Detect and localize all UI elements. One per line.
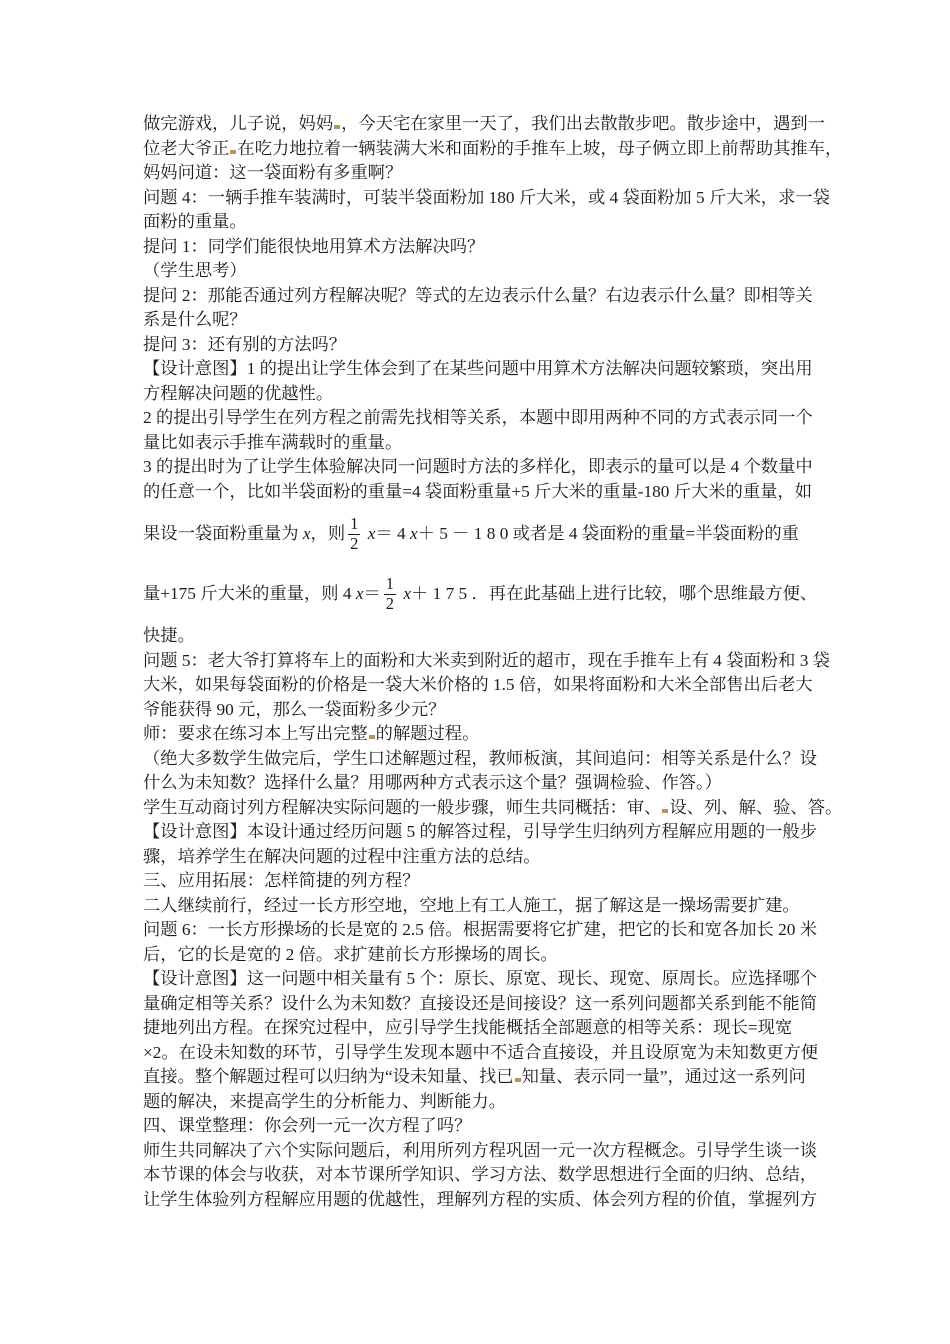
text-line: 直接。整个解题过程可以归纳为“设未知量、找已知量、表示同一量”，通过这一系列问 (143, 1065, 843, 1090)
text-line: 方程解决问题的优越性。 (143, 382, 843, 407)
text-line: 问题 4：一辆手推车装满时，可装半袋面粉加 180 斤大米，或 4 袋面粉加 5… (143, 186, 843, 211)
text-run: （学生思考） (143, 261, 247, 280)
text-run: 提问 1：同学们能很快地用算术方法解决吗？ (143, 237, 484, 256)
text-line: 【设计意图】1 的提出让学生体会到了在某些问题中用算术方法解决问题较繁琐，突出用 (143, 357, 843, 382)
text-line: 捷地列出方程。在探究过程中，应引导学生找能概括全部题意的相等关系：现长=现宽 (143, 1016, 843, 1041)
text-line: 提问 3：还有别的方法吗？ (143, 333, 843, 358)
text-run: 提问 3：还有别的方法吗？ (143, 335, 346, 354)
text-run: 设、列、解、验、答。 (669, 798, 842, 817)
math-variable: x (368, 522, 376, 547)
text-line: （学生思考） (143, 259, 843, 284)
text-run: 在吃力地拉着一辆装满大米和面粉的手推车上坡，母子俩立即上前帮助其推车， (237, 139, 842, 158)
text-run: 题的解决，来提高学生的分析能力、判断能力。 (143, 1092, 506, 1111)
highlight-speck (369, 735, 375, 739)
text-line: 妈妈问道：这一袋面粉有多重啊？ (143, 161, 843, 186)
math-variable: x (410, 522, 418, 547)
text-line: 【设计意图】这一问题中相关量有 5 个：原长、原宽、现长、现宽、原周长。应选择哪… (143, 967, 843, 992)
text-run: 学生互动商讨列方程解决实际问题的一般步骤，师生共同概括：审、 (143, 798, 661, 817)
text-line: 位老大爷正在吃力地拉着一辆装满大米和面粉的手推车上坡，母子俩立即上前帮助其推车， (143, 137, 843, 162)
text-run: ，今天宅在家里一天了，我们出去散散步吧。散步途中，遇到一 (341, 114, 825, 133)
text-run: ＝ (363, 582, 380, 607)
text-line: ×2。在设未知数的环节，引导学生发现本题中不适合直接设，并且设原宽为未知数更方便 (143, 1041, 843, 1066)
text-run: 本节课的体会与收获，对本节课所学知识、学习方法、数学思想进行全面的归纳、总结， (143, 1165, 817, 1184)
text-run: （绝大多数学生做完后，学生口述解题过程，教师板演，其间追问：相等关系是什么？设 (143, 749, 817, 768)
text-run: 2 的提出引导学生在列方程之前需先找相等关系，本题中即用两种不同的方式表示同一个 (143, 408, 813, 427)
text-run: 四、课堂整理：你会列一元一次方程了吗？ (143, 1116, 471, 1135)
text-run: 二人继续前行，经过一长方形空地，空地上有工人施工，据了解这是一操场需要扩建。 (143, 896, 800, 915)
text-run: 问题 5：老大爷打算将车上的面粉和大米卖到附近的超市，现在手推车上有 4 袋面粉… (143, 651, 830, 670)
text-line: （绝大多数学生做完后，学生口述解题过程，教师板演，其间追问：相等关系是什么？设 (143, 747, 843, 772)
text-line: 2 的提出引导学生在列方程之前需先找相等关系，本题中即用两种不同的方式表示同一个 (143, 406, 843, 431)
text-run: 让学生体验列方程解应用题的优越性，理解列方程的实质、体会列方程的价值，掌握列方 (143, 1190, 817, 1209)
text-run: 量+175 斤大米的重量，则 4 (143, 582, 356, 607)
text-line: 量比如表示手推车满载时的重量。 (143, 431, 843, 456)
text-line: 提问 2：那能否通过列方程解决呢？等式的左边表示什么量？右边表示什么量？即相等关 (143, 284, 843, 309)
text-line: 问题 6：一长方形操场的长是宽的 2.5 倍。根据需要将它扩建，把它的长和宽各加… (143, 918, 843, 943)
text-run: 做完游戏，儿子说，妈妈 (143, 114, 333, 133)
fraction: 12 (348, 515, 360, 552)
text-run: 方程解决问题的优越性。 (143, 384, 333, 403)
text-run: 3 的提出时为了让学生体验解决同一问题时方法的多样化，即表示的量可以是 4 个数… (143, 457, 813, 476)
text-line: 系是什么呢？ (143, 308, 843, 333)
text-line: 【设计意图】本设计通过经历问题 5 的解答过程，引导学生归纳列方程解应用题的一般… (143, 820, 843, 845)
text-line: 二人继续前行，经过一长方形空地，空地上有工人施工，据了解这是一操场需要扩建。 (143, 894, 843, 919)
fraction-denominator: 2 (348, 534, 360, 553)
fraction: 12 (384, 575, 396, 612)
text-line: 快捷。 (143, 624, 843, 649)
text-run: 师：要求在练习本上写出完整 (143, 724, 368, 743)
fraction-numerator: 1 (350, 515, 358, 533)
text-run: 问题 4：一辆手推车装满时，可装半袋面粉加 180 斤大米，或 4 袋面粉加 5… (143, 188, 830, 207)
text-run: 后，它的长是宽的 2 倍。求扩建前长方形操场的周长。 (143, 945, 558, 964)
text-line: 3 的提出时为了让学生体验解决同一问题时方法的多样化，即表示的量可以是 4 个数… (143, 455, 843, 480)
text-run: 大米，如果每袋面粉的价格是一袋大米价格的 1.5 倍，如果将面粉和大米全部售出后… (143, 675, 813, 694)
text-run: 的解题过程。 (376, 724, 480, 743)
text-run: ＝ 4 (375, 522, 410, 547)
text-line: 学生互动商讨列方程解决实际问题的一般步骤，师生共同概括：审、设、列、解、验、答。 (143, 796, 843, 821)
highlight-speck (515, 1078, 521, 1082)
text-line: 让学生体验列方程解应用题的优越性，理解列方程的实质、体会列方程的价值，掌握列方 (143, 1188, 843, 1213)
text-run: 系是什么呢？ (143, 310, 247, 329)
text-run: 面粉的重量。 (143, 212, 247, 231)
text-run: 的任意一个，比如半袋面粉的重量=4 袋面粉重量+5 斤大米的重量-180 斤大米… (143, 482, 812, 501)
text-run: 妈妈问道：这一袋面粉有多重啊？ (143, 163, 402, 182)
text-line: 四、课堂整理：你会列一元一次方程了吗？ (143, 1114, 843, 1139)
text-run: 快捷。 (143, 626, 195, 645)
text-run: 师生共同解决了六个实际问题后，利用所列方程巩固一元一次方程概念。引导学生谈一谈 (143, 1141, 817, 1160)
text-run: 捷地列出方程。在探究过程中，应引导学生找能概括全部题意的相等关系：现长=现宽 (143, 1018, 792, 1037)
text-line: 量+175 斤大米的重量，则 4 x＝12 x＋ 1 7 5 ．再在此基础上进行… (143, 564, 843, 624)
text-line: 三、应用拓展：怎样简捷的列方程？ (143, 869, 843, 894)
text-run: 【设计意图】本设计通过经历问题 5 的解答过程，引导学生归纳列方程解应用题的一般… (143, 822, 817, 841)
text-run: 【设计意图】这一问题中相关量有 5 个：原长、原宽、现长、现宽、原周长。应选择哪… (143, 969, 817, 988)
text-line: 提问 1：同学们能很快地用算术方法解决吗？ (143, 235, 843, 260)
text-line: 题的解决，来提高学生的分析能力、判断能力。 (143, 1090, 843, 1115)
text-line: 果设一袋面粉重量为 x，则12 x＝ 4 x＋ 5 － 1 8 0 或者是 4 … (143, 504, 843, 564)
text-run: 量确定相等关系？设什么为未知数？直接设还是间接设？这一系列问题都关系到能不能简 (143, 994, 817, 1013)
text-line: 面粉的重量。 (143, 210, 843, 235)
text-line: 量确定相等关系？设什么为未知数？直接设还是间接设？这一系列问题都关系到能不能简 (143, 992, 843, 1017)
text-run: 位老大爷正 (143, 139, 229, 158)
math-variable: x (303, 522, 311, 547)
text-line: 爷能获得 90 元，那么一袋面粉多少元？ (143, 698, 843, 723)
text-line: 什么为未知数？选择什么量？用哪两种方式表示这个量？强调检验、作答。） (143, 771, 843, 796)
text-line: 骤，培养学生在解决问题的过程中注重方法的总结。 (143, 845, 843, 870)
highlight-speck (334, 125, 340, 129)
text-run: 提问 2：那能否通过列方程解决呢？等式的左边表示什么量？右边表示什么量？即相等关 (143, 286, 813, 305)
text-line: 本节课的体会与收获，对本节课所学知识、学习方法、数学思想进行全面的归纳、总结， (143, 1163, 843, 1188)
text-run: 问题 6：一长方形操场的长是宽的 2.5 倍。根据需要将它扩建，把它的长和宽各加… (143, 920, 817, 939)
text-run: 【设计意图】1 的提出让学生体会到了在某些问题中用算术方法解决问题较繁琐，突出用 (143, 359, 813, 378)
math-variable: x (356, 582, 364, 607)
text-line: 做完游戏，儿子说，妈妈，今天宅在家里一天了，我们出去散散步吧。散步途中，遇到一 (143, 112, 843, 137)
text-line: 大米，如果每袋面粉的价格是一袋大米价格的 1.5 倍，如果将面粉和大米全部售出后… (143, 673, 843, 698)
text-line: 后，它的长是宽的 2 倍。求扩建前长方形操场的周长。 (143, 943, 843, 968)
highlight-speck (662, 809, 668, 813)
text-run: 骤，培养学生在解决问题的过程中注重方法的总结。 (143, 847, 540, 866)
highlight-speck (230, 150, 236, 154)
text-run: 爷能获得 90 元，那么一袋面粉多少元？ (143, 700, 445, 719)
text-line: 问题 5：老大爷打算将车上的面粉和大米卖到附近的超市，现在手推车上有 4 袋面粉… (143, 649, 843, 674)
text-run: 什么为未知数？选择什么量？用哪两种方式表示这个量？强调检验、作答。） (143, 773, 722, 792)
text-run: 量比如表示手推车满载时的重量。 (143, 433, 402, 452)
text-run: ＋ 5 － 1 8 0 或者是 4 袋面粉的重量=半袋面粉的重 (418, 522, 799, 547)
text-run: ，则 (311, 522, 346, 547)
text-run: 果设一袋面粉重量为 (143, 522, 303, 547)
text-run: 三、应用拓展：怎样简捷的列方程？ (143, 871, 420, 890)
text-run: ×2。在设未知数的环节，引导学生发现本题中不适合直接设，并且设原宽为未知数更方便 (143, 1043, 818, 1062)
document-content: 做完游戏，儿子说，妈妈，今天宅在家里一天了，我们出去散散步吧。散步途中，遇到一位… (143, 112, 843, 1212)
text-line: 师：要求在练习本上写出完整的解题过程。 (143, 722, 843, 747)
text-line: 师生共同解决了六个实际问题后，利用所列方程巩固一元一次方程概念。引导学生谈一谈 (143, 1139, 843, 1164)
text-run: ＋ 1 7 5 ．再在此基础上进行比较，哪个思维最方便、 (411, 582, 817, 607)
text-run: 直接。整个解题过程可以归纳为“设未知量、找已 (143, 1067, 514, 1086)
fraction-numerator: 1 (386, 575, 394, 593)
document-page: 做完游戏，儿子说，妈妈，今天宅在家里一天了，我们出去散散步吧。散步途中，遇到一位… (0, 0, 950, 1344)
fraction-denominator: 2 (384, 594, 396, 613)
text-run: 知量、表示同一量”，通过这一系列问 (522, 1067, 806, 1086)
math-variable: x (403, 582, 411, 607)
text-line: 的任意一个，比如半袋面粉的重量=4 袋面粉重量+5 斤大米的重量-180 斤大米… (143, 480, 843, 505)
